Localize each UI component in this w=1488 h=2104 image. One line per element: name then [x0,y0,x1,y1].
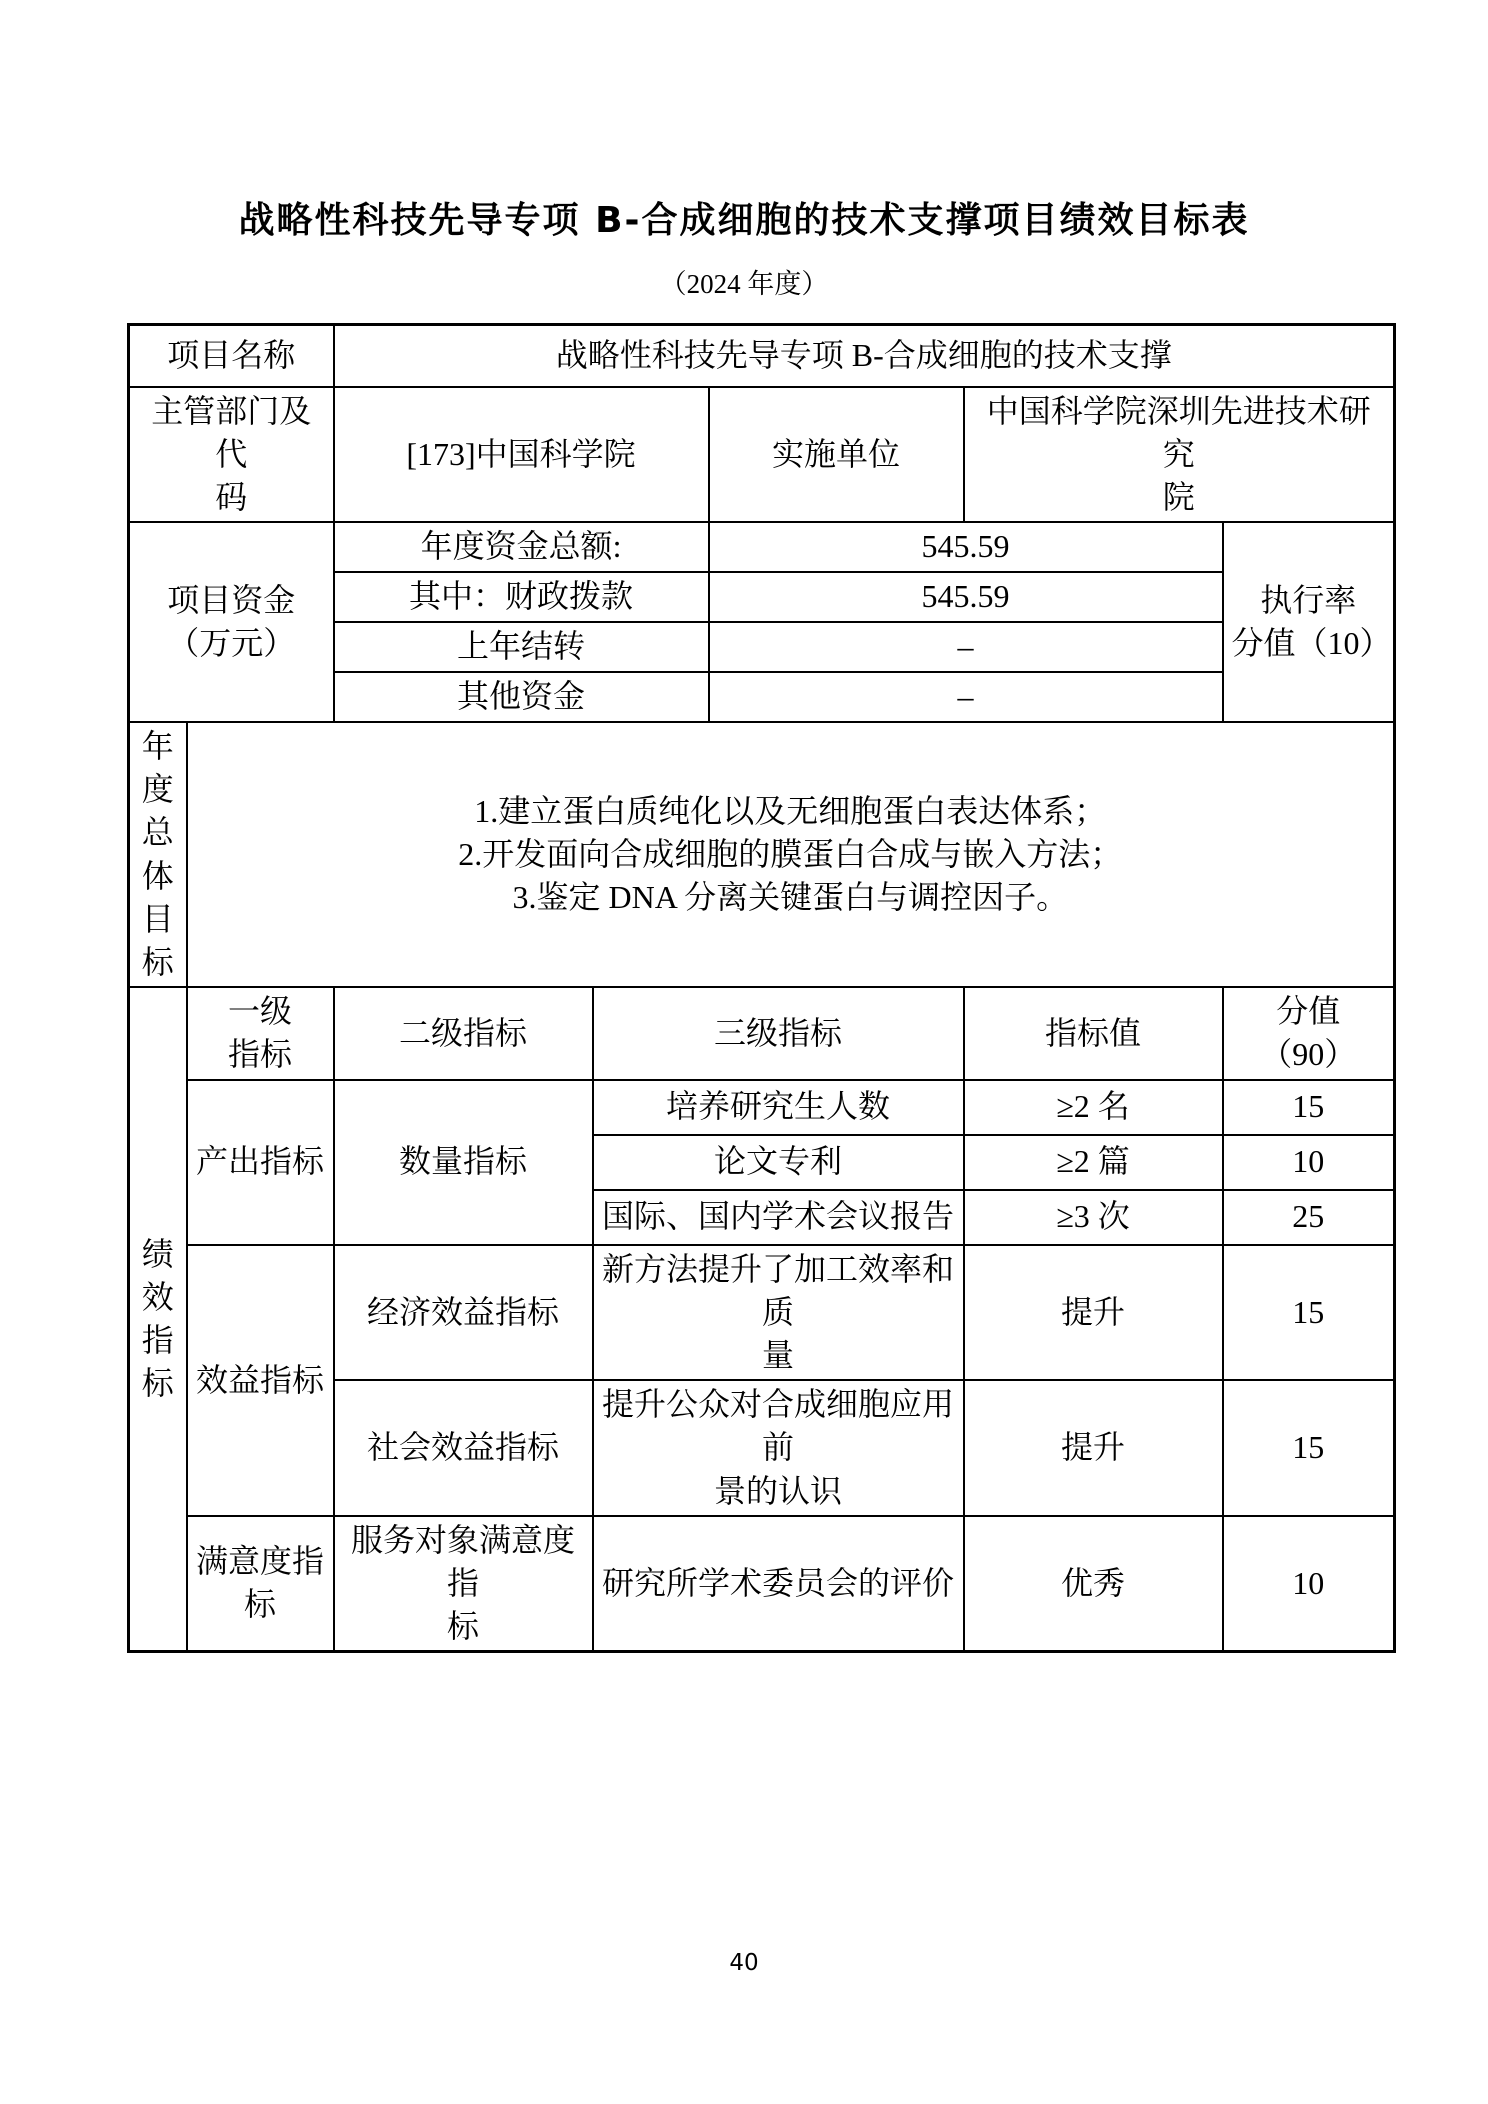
level2-service-satisfaction: 服务对象满意度指 标 [334,1516,593,1652]
implementing-unit-label: 实施单位 [709,387,964,523]
level3-indicator: 培养研究生人数 [593,1080,964,1135]
project-name-label: 项目名称 [129,325,334,387]
level2-quantity: 数量指标 [334,1080,593,1245]
indicator-score: 15 [1223,1380,1395,1516]
project-name-value: 战略性科技先导专项 B-合成细胞的技术支撑 [334,325,1395,387]
indicator-row: 效益指标 经济效益指标 新方法提升了加工效率和质 量 提升 15 [129,1245,1395,1381]
indicator-score: 10 [1223,1516,1395,1652]
indicator-row: 产出指标 数量指标 培养研究生人数 ≥2 名 15 [129,1080,1395,1135]
indicator-score: 10 [1223,1135,1395,1190]
indicator-score: 25 [1223,1190,1395,1245]
level3-indicator: 研究所学术委员会的评价 [593,1516,964,1652]
department-row: 主管部门及代 码 [173]中国科学院 实施单位 中国科学院深圳先进技术研究 院 [129,387,1395,523]
implementing-unit-value: 中国科学院深圳先进技术研究 院 [964,387,1395,523]
header-level2: 二级指标 [334,987,593,1079]
document-page: 战略性科技先导专项 B-合成细胞的技术支撑项目绩效目标表 （2024 年度） 项… [0,0,1488,2104]
execution-rate-label: 执行率 分值（10） [1223,522,1395,722]
funding-row-total: 项目资金 （万元） 年度资金总额: 545.59 执行率 分值（10） [129,522,1395,572]
funding-carryover-label: 上年结转 [334,622,709,672]
funding-carryover-value: – [709,622,1223,672]
funding-other-label: 其他资金 [334,672,709,722]
indicator-value: 提升 [964,1380,1223,1516]
annual-goals-content: 1.建立蛋白质纯化以及无细胞蛋白表达体系； 2.开发面向合成细胞的膜蛋白合成与嵌… [187,722,1395,987]
funding-total-value: 545.59 [709,522,1223,572]
indicator-value: ≥2 名 [964,1080,1223,1135]
indicator-value: ≥2 篇 [964,1135,1223,1190]
annual-goals-vertical-label: 年 度 总 体 目 标 [129,722,187,987]
funding-other-value: – [709,672,1223,722]
level3-indicator: 论文专利 [593,1135,964,1190]
indicator-value: ≥3 次 [964,1190,1223,1245]
level2-social: 社会效益指标 [334,1380,593,1516]
project-name-row: 项目名称 战略性科技先导专项 B-合成细胞的技术支撑 [129,325,1395,387]
department-label: 主管部门及代 码 [129,387,334,523]
level3-indicator: 提升公众对合成细胞应用前 景的认识 [593,1380,964,1516]
annual-goals-row: 年 度 总 体 目 标 1.建立蛋白质纯化以及无细胞蛋白表达体系； 2.开发面向… [129,722,1395,987]
document-title: 战略性科技先导专项 B-合成细胞的技术支撑项目绩效目标表 [0,192,1488,243]
level1-output: 产出指标 [187,1080,334,1245]
header-level3: 三级指标 [593,987,964,1079]
document-subtitle: （2024 年度） [0,262,1488,301]
level3-indicator: 新方法提升了加工效率和质 量 [593,1245,964,1381]
indicator-score: 15 [1223,1080,1395,1135]
performance-vertical-label: 绩 效 指 标 [129,987,187,1652]
indicator-score: 15 [1223,1245,1395,1381]
header-score: 分值 （90） [1223,987,1395,1079]
indicator-row: 满意度指 标 服务对象满意度指 标 研究所学术委员会的评价 优秀 10 [129,1516,1395,1652]
indicator-value: 优秀 [964,1516,1223,1652]
header-level1: 一级 指标 [187,987,334,1079]
indicators-header-row: 绩 效 指 标 一级 指标 二级指标 三级指标 指标值 分值 （90） [129,987,1395,1079]
level1-satisfaction: 满意度指 标 [187,1516,334,1652]
performance-target-table: 项目名称 战略性科技先导专项 B-合成细胞的技术支撑 主管部门及代 码 [173… [127,323,1396,1653]
indicator-value: 提升 [964,1245,1223,1381]
funding-total-label: 年度资金总额: [334,522,709,572]
funding-label: 项目资金 （万元） [129,522,334,722]
level3-indicator: 国际、国内学术会议报告 [593,1190,964,1245]
level2-economic: 经济效益指标 [334,1245,593,1381]
funding-fiscal-value: 545.59 [709,572,1223,622]
page-number: 40 [0,1950,1488,1976]
level1-benefit: 效益指标 [187,1245,334,1516]
funding-fiscal-label: 其中：财政拨款 [334,572,709,622]
header-indicator-value: 指标值 [964,987,1223,1079]
department-value: [173]中国科学院 [334,387,709,523]
